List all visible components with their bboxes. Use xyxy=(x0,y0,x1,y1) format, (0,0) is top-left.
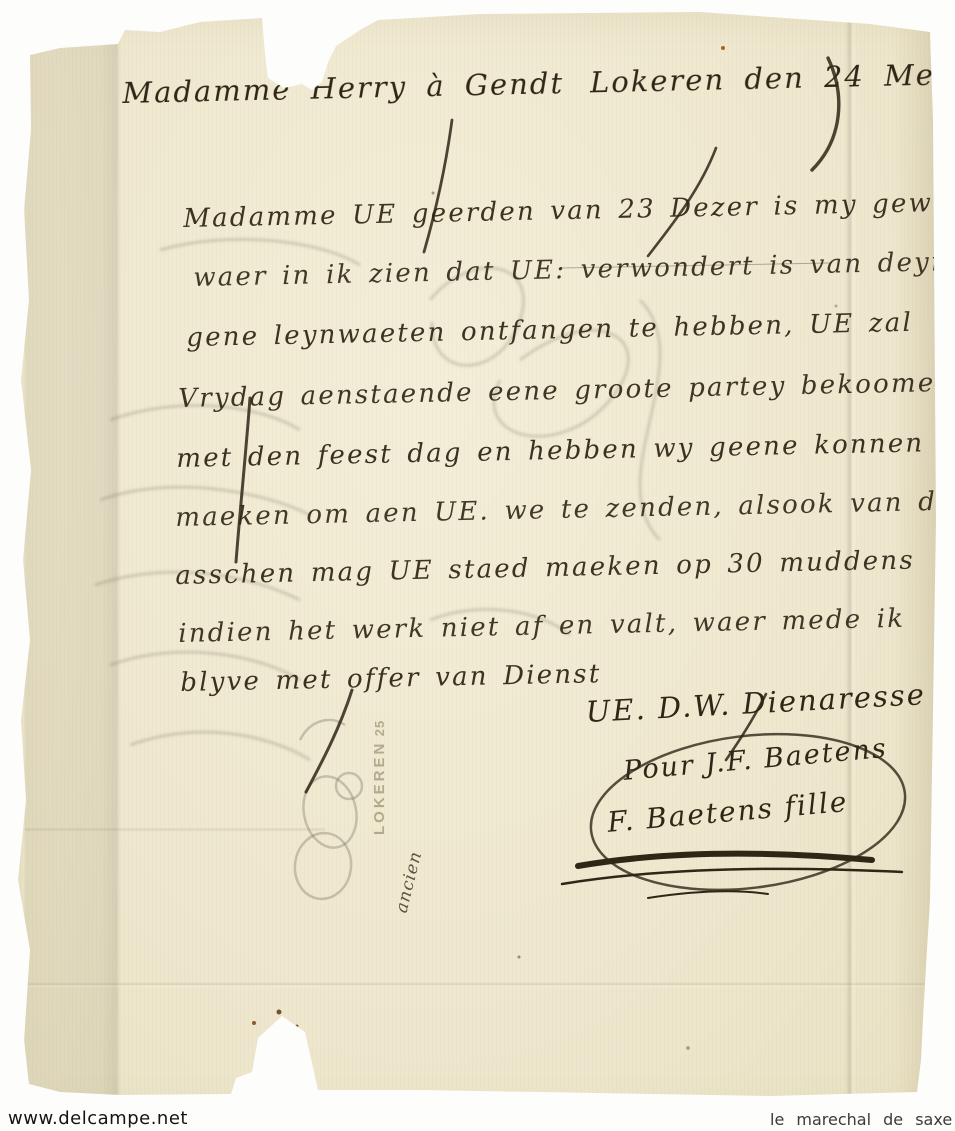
scanned-letter-canvas: Madamme Herry à GendtLokeren den 24 Mey … xyxy=(0,0,955,1131)
marechal-watermark: le marechal de saxe xyxy=(770,1110,952,1129)
paper-sheet: Madamme Herry à GendtLokeren den 24 Mey … xyxy=(0,0,955,1131)
signature-paraph-strokes xyxy=(562,854,902,898)
delcampe-watermark: www.delcampe.net xyxy=(8,1108,188,1129)
